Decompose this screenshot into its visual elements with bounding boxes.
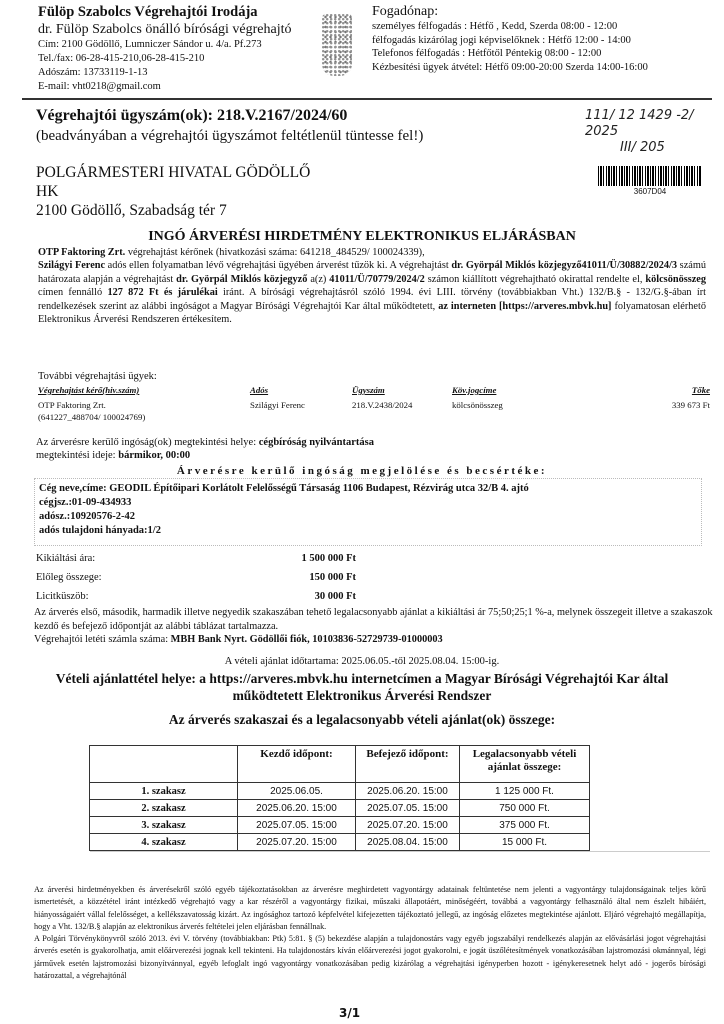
creditor-name: OTP Faktoring Zrt. xyxy=(38,247,125,258)
office-phone: Tel./fax: 06-28-415-210,06-28-415-210 xyxy=(38,52,308,66)
table-row: 2. szakasz 2025.06.20. 15:00 2025.07.05.… xyxy=(90,800,590,817)
column-header xyxy=(90,746,238,783)
legal-disclaimer: Az árverési hirdetményekben és árverések… xyxy=(34,884,706,982)
price-row: Előleg összege: 150 000 Ft xyxy=(36,572,356,591)
legal-paragraph: Az árverési hirdetményekben és árverések… xyxy=(34,884,706,933)
notary-reference: dr. Györpál Miklós közjegyző41011/Ü/3088… xyxy=(451,260,677,271)
price-list: Kikiáltási ára: 1 500 000 Ft Előleg össz… xyxy=(36,553,356,610)
auction-url[interactable]: az interneten [https://arveres.mbvk.hu] xyxy=(438,301,611,312)
min-offer-cell: 15 000 Ft. xyxy=(460,834,590,851)
stages-title: Az árverés szakaszai és a legalacsonyabb… xyxy=(0,712,724,728)
reception-line: félfogadás kizárólag jogi képviselőknek … xyxy=(372,34,722,48)
price-value: 150 000 Ft xyxy=(309,572,356,591)
inspection-place-label: Az árverésre kerülő ingóság(ok) megtekin… xyxy=(36,437,259,448)
intro-text: a(z) xyxy=(307,274,329,285)
notice-intro: OTP Faktoring Zrt. végrehajtást kérőnek … xyxy=(38,246,706,326)
table-cell: OTP Faktoring Zrt. (641227_488704/ 10002… xyxy=(38,399,250,423)
claim-title-cell: kölcsönösszeg xyxy=(452,399,634,423)
further-cases-label: További végrehajtási ügyek: xyxy=(38,370,712,383)
stage-cell: 4. szakasz xyxy=(90,834,238,851)
case-note: (beadványában a végrehajtói ügyszámot fe… xyxy=(36,126,423,146)
item-line: adós tulajdoni hányada:1/2 xyxy=(39,524,697,538)
intro-text: számon kiállított végrehajtható okiratta… xyxy=(425,274,646,285)
office-header: Fülöp Szabolcs Végrehajtói Irodája dr. F… xyxy=(38,3,308,94)
price-row: Kikiáltási ára: 1 500 000 Ft xyxy=(36,553,356,572)
notary-name: dr. Györpál Miklós közjegyző xyxy=(176,274,307,285)
handwritten-registry-note: 111/ 12 1429 -2/ 2025 III/ 205 xyxy=(585,108,724,156)
item-line: Cég neve,címe: GEODIL Építőipari Korláto… xyxy=(39,482,697,496)
debtor-name: Szilágyi Ferenc xyxy=(38,260,105,271)
case-number-cell: 218.V.2438/2024 xyxy=(352,399,452,423)
office-address: Cím: 2100 Gödöllő, Lumniczer Sándor u. 4… xyxy=(38,38,308,52)
reception-title: Fogadónap: xyxy=(372,3,722,20)
claim-amount: 127 872 Ft és járulékai xyxy=(107,287,217,298)
column-header: Ügyszám xyxy=(352,384,452,399)
office-tax-id: Adószám: 13733119-1-13 xyxy=(38,66,308,80)
case-number: Végrehajtói ügyszám(ok): 218.V.2167/2024… xyxy=(36,106,423,126)
item-description-box: Cég neve,címe: GEODIL Építőipari Korláto… xyxy=(34,478,702,546)
reception-line: személyes félfogadás : Hétfő , Kedd, Sze… xyxy=(372,20,722,34)
principal-cell: 339 673 Ft xyxy=(634,399,710,423)
section-divider xyxy=(90,851,710,852)
end-cell: 2025.07.05. 15:00 xyxy=(356,800,460,817)
column-header: Adós xyxy=(250,384,352,399)
recipient-street: 2100 Gödöllő, Szabadság tér 7 xyxy=(36,201,310,220)
end-cell: 2025.06.20. 15:00 xyxy=(356,783,460,800)
column-header: Köv.jogcíme xyxy=(452,384,634,399)
stage-cell: 3. szakasz xyxy=(90,817,238,834)
enforcement-reference: 41011/Ü/70779/2024/2 xyxy=(329,274,425,285)
further-cases: További végrehajtási ügyek: Végrehajtást… xyxy=(38,370,712,423)
item-line: cégjsz.:01-09-434933 xyxy=(39,496,697,510)
coat-of-arms-icon xyxy=(322,14,352,76)
account-value: MBH Bank Nyrt. Gödöllői fiók, 10103836-5… xyxy=(171,634,443,645)
auction-stages-table: Kezdő időpont: Befejező időpont: Legalac… xyxy=(89,745,590,851)
item-section-title: Árverésre kerülő ingóság megjelölése és … xyxy=(0,465,724,477)
column-header: Legalacsonyabb vételi ajánlat összege: xyxy=(460,746,590,783)
end-cell: 2025.08.04. 15:00 xyxy=(356,834,460,851)
recipient-address: POLGÁRMESTERI HIVATAL GÖDÖLLŐ HK 2100 Gö… xyxy=(36,163,310,220)
page-number: 3/1 xyxy=(339,1006,360,1020)
further-cases-table: Végrehajtást kérő(hiv.szám) Adós Ügyszám… xyxy=(38,384,712,423)
reception-line: Kézbesítési ügyek átvétel: Hétfő 09:00-2… xyxy=(372,61,722,75)
column-header: Tőke xyxy=(634,384,710,399)
start-cell: 2025.07.05. 15:00 xyxy=(238,817,356,834)
price-label: Kikiáltási ára: xyxy=(36,553,95,572)
offer-place: Vételi ajánlattétel helye: a https://arv… xyxy=(30,670,694,704)
table-header-row: Kezdő időpont: Befejező időpont: Legalac… xyxy=(90,746,590,783)
column-header: Befejező időpont: xyxy=(356,746,460,783)
case-number-block: Végrehajtói ügyszám(ok): 218.V.2167/2024… xyxy=(36,106,423,146)
table-row: 3. szakasz 2025.07.05. 15:00 2025.07.20.… xyxy=(90,817,590,834)
bailiff-name: dr. Fülöp Szabolcs önálló bírósági végre… xyxy=(38,21,308,38)
inspection-time-value: bármikor, 00:00 xyxy=(118,450,190,461)
recipient-name: POLGÁRMESTERI HIVATAL GÖDÖLLŐ xyxy=(36,163,310,182)
stage-cell: 1. szakasz xyxy=(90,783,238,800)
barcode-icon xyxy=(598,166,702,186)
min-offer-cell: 750 000 Ft. xyxy=(460,800,590,817)
column-header: Végrehajtást kérő(hiv.szám) xyxy=(38,384,250,399)
intro-text: adós ellen folyamatban lévő végrehajtási… xyxy=(105,260,451,271)
min-offer-cell: 375 000 Ft. xyxy=(460,817,590,834)
intro-text: végrehajtást kérőnek (hivatkozási száma:… xyxy=(125,247,424,258)
handwritten-line: 111/ 12 1429 -2/ 2025 xyxy=(585,108,724,140)
start-cell: 2025.06.05. xyxy=(238,783,356,800)
price-label: Előleg összege: xyxy=(36,572,102,591)
rules-text: Az árverés első, második, harmadik illet… xyxy=(34,606,714,633)
auction-rules: Az árverés első, második, harmadik illet… xyxy=(34,606,714,647)
start-cell: 2025.07.20. 15:00 xyxy=(238,834,356,851)
inspection-info: Az árverésre kerülő ingóság(ok) megtekin… xyxy=(36,436,374,462)
inspection-place-value: cégbíróság nyilvántartása xyxy=(259,437,374,448)
creditor-cell: OTP Faktoring Zrt. xyxy=(38,399,250,411)
recipient-department: HK xyxy=(36,182,310,201)
intro-text: címen fennálló xyxy=(38,287,107,298)
reception-hours: Fogadónap: személyes félfogadás : Hétfő … xyxy=(372,3,722,74)
handwritten-line: III/ 205 xyxy=(585,140,724,156)
end-cell: 2025.07.20. 15:00 xyxy=(356,817,460,834)
table-row: 1. szakasz 2025.06.05. 2025.06.20. 15:00… xyxy=(90,783,590,800)
offer-period: A vételi ajánlat időtartama: 2025.06.05.… xyxy=(0,656,724,667)
barcode-label: 3607D04 xyxy=(598,187,702,196)
inspection-time-label: megtekintési ideje: xyxy=(36,450,118,461)
office-email: E-mail: vht0218@gmail.com xyxy=(38,80,308,94)
reception-line: Telefonos félfogadás : Hétfőtől Péntekig… xyxy=(372,47,722,61)
legal-paragraph: A Polgári Törvénykönyvről szóló 2013. év… xyxy=(34,933,706,982)
debtor-cell: Szilágyi Ferenc xyxy=(250,399,352,423)
claim-type: kölcsönösszeg xyxy=(645,274,706,285)
item-line: adósz.:10920576-2-42 xyxy=(39,510,697,524)
start-cell: 2025.06.20. 15:00 xyxy=(238,800,356,817)
creditor-ref-cell: (641227_488704/ 100024769) xyxy=(38,411,250,423)
header-divider xyxy=(22,98,712,100)
min-offer-cell: 1 125 000 Ft. xyxy=(460,783,590,800)
column-header: Kezdő időpont: xyxy=(238,746,356,783)
stage-cell: 2. szakasz xyxy=(90,800,238,817)
account-label: Végrehajtói letéti számla száma: xyxy=(34,634,171,645)
notice-title: INGÓ ÁRVERÉSI HIRDETMÉNY ELEKTRONIKUS EL… xyxy=(0,229,724,245)
office-name: Fülöp Szabolcs Végrehajtói Irodája xyxy=(38,3,308,21)
table-row: 4. szakasz 2025.07.20. 15:00 2025.08.04.… xyxy=(90,834,590,851)
price-value: 1 500 000 Ft xyxy=(301,553,356,572)
